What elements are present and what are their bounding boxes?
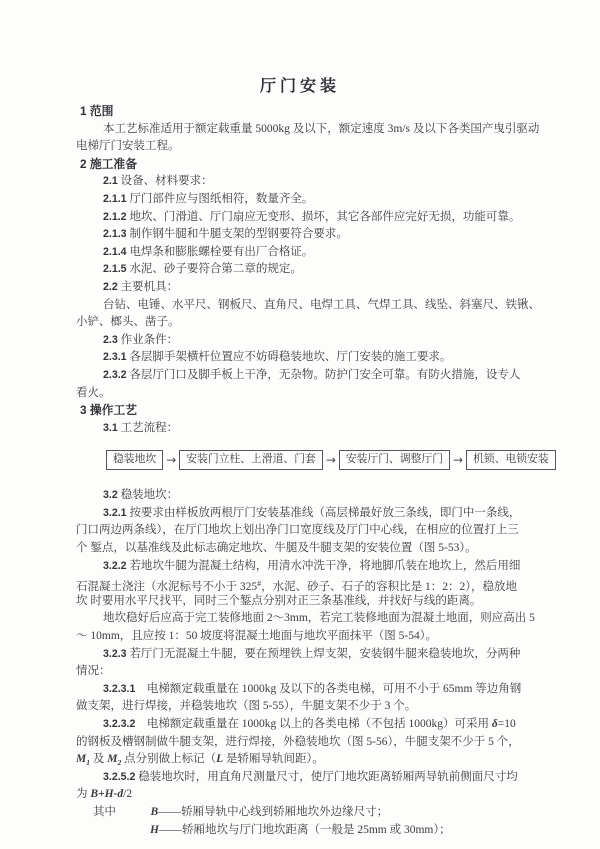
section-number: 3 操作工艺 (80, 403, 137, 417)
text-line: 情况： (76, 663, 528, 681)
section-number: 3.2.5.2 (103, 771, 135, 783)
text-segment: 若厅门无混凝土牛腿，要在预埋铁上焊支架，安装钢牛腿来稳装地坎，分两种 (127, 648, 521, 660)
flow-arrow-icon: → (453, 453, 463, 467)
document-title: 厅门安装 (0, 0, 600, 97)
text-line: ～ 10mm，且应按 1：50 坡度将混凝土地面与地坎平面抹平（图 5-54）。 (76, 628, 528, 646)
text-segment: 个 錾点，以基准线及此标志确定地坎、牛腿及牛腿支架的安装位置（图 5-53）。 (76, 542, 477, 554)
document-body: 1 范围本工艺标准适用于额定载重量 5000kg 及以下，额定速度 3m/s 及… (76, 103, 528, 839)
text-segment: 制作钢牛腿和牛腿支架的型钢要符合要求。 (127, 228, 348, 240)
document-page: 厅门安装 1 范围本工艺标准适用于额定载重量 5000kg 及以下，额定速度 3… (0, 0, 600, 849)
section-number: 3.2.1 (103, 507, 127, 519)
text-segment: 稳装地坎： (118, 489, 178, 501)
section-number: 2.3 (103, 334, 118, 346)
process-flowchart: 稳装地坎→安装门立柱、上滑道、门套→安装厅门、调整厅门→机锁、电锁安装 (106, 449, 528, 471)
text-segment: 各层脚手架横杆位置应不妨碍稳装地坎、厅门安装的施工要求。 (127, 351, 452, 363)
text-line: 2.1.4 电焊条和膨胀螺栓要有出厂合格证。 (103, 244, 528, 262)
text-line: H——轿厢地坎与厅门地坎距离（一般是 25mm 或 30mm）； (150, 822, 528, 840)
text-line: 2.1.2 地坎、门滑道、厅门扇应无变形、损坏，其它各部件应完好无损，功能可靠。 (103, 209, 528, 227)
text-line: 本工艺标准适用于额定载重量 5000kg 及以下，额定速度 3m/s 及以下各类… (103, 121, 528, 139)
text-segment: 电梯厅门安装工程。 (76, 140, 180, 152)
text-segment: 地坎、门滑道、厅门扇应无变形、损坏，其它各部件应完好无损，功能可靠。 (127, 211, 521, 223)
text-segment: 台钻、电锤、水平尺、钢板尺、直角尺、电焊工具、气焊工具、线坠、斜塞尺、铁锹、 (103, 299, 540, 311)
text-line: 的钢板及槽钢制做牛腿支架，进行焊接，外稳装地坎（图 5-56），牛腿支架不少于 … (76, 734, 528, 752)
text-line: 石混凝土浇注（水泥标号不小于 325#，水泥、砂子、石子的容积比是 1：2：2）… (76, 575, 528, 593)
text-segment: 看火。 (76, 387, 111, 399)
text-line: 3.2.3.1 电梯额定载重量在 1000kg 及以下的各类电梯，可用不小于 6… (103, 681, 528, 699)
text-line: 3.2.2 若地坎牛腿为混凝土结构，用清水冲洗干净，将地脚爪装在地坎上，然后用细 (103, 558, 528, 576)
text-segment: 其中 (93, 806, 151, 818)
text-line: 3.2.5.2 稳装地坎时，用直角尺测量尺寸，使厅门地坎距离轿厢两导轨前侧面尺寸… (103, 769, 528, 787)
text-segment: 地坎稳好后应高于完工装修地面 2～3mm，若完工装修地面为混凝土地面，则应高出 … (103, 612, 535, 624)
section-number: 2.1.1 (103, 193, 127, 205)
text-line: 3 操作工艺 (80, 402, 528, 420)
text-segment: 及 (90, 753, 107, 765)
text-line: M1 及 M2 点分别做上标记（L 是轿厢导轨间距）。 (76, 751, 528, 769)
section-number: 3.2.3 (103, 648, 127, 660)
section-number: 2.1.2 (103, 211, 127, 223)
text-line: 2.3.1 各层脚手架横杆位置应不妨碍稳装地坎、厅门安装的施工要求。 (103, 349, 528, 367)
text-line: 2.1.1 厅门部件应与图纸相符，数量齐全。 (103, 191, 528, 209)
text-segment: 工艺流程： (118, 422, 178, 434)
text-segment: 做支架，进行焊接，并稳装地坎（图 5-55），牛腿支架不少于 3 个。 (76, 700, 416, 712)
text-segment: 主要机具： (118, 281, 178, 293)
text-segment: 小铲、榔头、凿子。 (76, 316, 180, 328)
section-number: 2.1.4 (103, 246, 127, 258)
text-segment: 为 (76, 788, 90, 800)
text-line: 3.2.3 若厅门无混凝土牛腿，要在预埋铁上焊支架，安装钢牛腿来稳装地坎，分两种 (103, 646, 528, 664)
text-line: 2.3 作业条件： (103, 332, 528, 350)
section-number: 2.1.3 (103, 228, 127, 240)
text-segment: ～ 10mm，且应按 1：50 坡度将混凝土地面与地坎平面抹平（图 5-54）。 (76, 630, 437, 642)
text-line: 地坎稳好后应高于完工装修地面 2～3mm，若完工装修地面为混凝土地面，则应高出 … (103, 610, 528, 628)
section-number: 2.3.1 (103, 351, 127, 363)
flow-arrow-icon: → (326, 453, 336, 467)
text-segment: 情况： (76, 665, 111, 677)
text-line: 电梯厅门安装工程。 (76, 138, 528, 156)
text-segment: /2 (123, 788, 132, 800)
text-segment: 厅门部件应与图纸相符，数量齐全。 (127, 193, 314, 205)
text-segment: 是轿厢导轨间距）。 (223, 753, 324, 765)
section-number: 3.2.3.1 (103, 683, 135, 695)
text-segment: 的钢板及槽钢制做牛腿支架，进行焊接，外稳装地坎（图 5-56），牛腿支架不少于 … (76, 736, 520, 748)
text-line: 其中 B——轿厢导轨中心线到轿厢地坎外边缘尺寸； (93, 804, 528, 822)
text-segment: 作业条件： (118, 334, 178, 346)
section-number: 2.3.2 (103, 369, 127, 381)
section-number: 2.1 (103, 175, 118, 187)
flow-arrow-icon: → (166, 453, 176, 467)
text-segment: 本工艺标准适用于额定载重量 5000kg 及以下，额定速度 3m/s 及以下各类… (103, 123, 539, 135)
text-segment: 水泥、砂子要符合第二章的规定。 (127, 263, 302, 275)
section-number: 2.1.5 (103, 263, 127, 275)
text-segment: ——轿厢地坎与厅门地坎距离（一般是 25mm 或 30mm）； (159, 824, 451, 836)
text-segment: 电梯额定载重量在 1000kg 及以下的各类电梯，可用不小于 65mm 等边角钢 (135, 683, 521, 695)
text-line: 台钻、电锤、水平尺、钢板尺、直角尺、电焊工具、气焊工具、线坠、斜塞尺、铁锹、 (103, 297, 528, 315)
text-line: 坎 时要用水平尺找平，同时三个錾点分别对正三条基准线，并找好与线的距离。 (76, 593, 528, 611)
text-segment: ——轿厢导轨中心线到轿厢地坎外边缘尺寸； (158, 806, 388, 818)
flow-step: 安装厅门、调整厅门 (339, 450, 450, 470)
text-segment: =10 (498, 718, 516, 730)
section-number: 3.2 (103, 489, 118, 501)
section-number: 3.2.2 (103, 560, 127, 572)
text-segment: 设备、材料要求： (118, 175, 213, 187)
text-line: 个 錾点，以基准线及此标志确定地坎、牛腿及牛腿支架的安装位置（图 5-53）。 (76, 540, 528, 558)
text-segment: 坎 时要用水平尺找平，同时三个錾点分别对正三条基准线，并找好与线的距离。 (76, 595, 481, 607)
text-line: 2.2 主要机具： (103, 279, 528, 297)
text-segment: ，水泥、砂子、石子的容积比是 1：2：2），稳放地 (261, 581, 517, 593)
text-segment: 稳装地坎时，用直角尺测量尺寸，使厅门地坎距离轿厢两导轨前侧面尺寸均 (135, 771, 517, 783)
text-line: 2.1 设备、材料要求： (103, 173, 528, 191)
text-segment: 石混凝土浇注（水泥标号不小于 325 (76, 581, 257, 593)
text-line: 门口两边两条线），在厅门地坎上划出净门口宽度线及厅门中心线，在相应的位置打上三 (76, 522, 528, 540)
flow-step: 安装门立柱、上滑道、门套 (179, 450, 323, 470)
text-line: 3.2.1 按要求由样板放两根厅门安装基准线（高层梯最好放三条线，即门中一条线， (103, 505, 528, 523)
text-line: 小铲、榔头、凿子。 (76, 314, 528, 332)
text-segment: 门口两边两条线），在厅门地坎上划出净门口宽度线及厅门中心线，在相应的位置打上三 (76, 524, 519, 536)
section-number: 3.2.3.2 (103, 718, 135, 730)
text-line: 3.2.3.2 电梯额定载重量在 1000kg 以上的各类电梯（不包括 1000… (103, 716, 528, 734)
text-segment: 电焊条和膨胀螺栓要有出厂合格证。 (127, 246, 314, 258)
text-segment: M (76, 753, 86, 765)
text-segment: M (107, 753, 117, 765)
section-number: 2 施工准备 (80, 157, 137, 171)
section-number: 3.1 (103, 422, 118, 434)
flow-step: 稳装地坎 (106, 450, 163, 470)
text-line: 看火。 (76, 385, 528, 403)
text-line: 1 范围 (80, 103, 528, 121)
flow-step: 机锁、电锁安装 (466, 450, 556, 470)
text-line: 3.2 稳装地坎： (103, 487, 528, 505)
text-segment: H (150, 824, 159, 836)
text-segment: 各层厅门口及脚手板上干净，无杂物。防护门安全可靠。有防火措施，设专人 (127, 369, 521, 381)
text-line: 2.3.2 各层厅门口及脚手板上干净，无杂物。防护门安全可靠。有防火措施，设专人 (103, 367, 528, 385)
section-number: 1 范围 (80, 104, 113, 118)
text-segment: 电梯额定载重量在 1000kg 以上的各类电梯（不包括 1000kg）可采用 (135, 718, 492, 730)
text-line: 2.1.3 制作钢牛腿和牛腿支架的型钢要符合要求。 (103, 226, 528, 244)
text-line: 做支架，进行焊接，并稳装地坎（图 5-55），牛腿支架不少于 3 个。 (76, 698, 528, 716)
text-segment: 若地坎牛腿为混凝土结构，用清水冲洗干净，将地脚爪装在地坎上，然后用细 (127, 560, 521, 572)
text-line: 2 施工准备 (80, 156, 528, 174)
text-line: 3.1 工艺流程： (103, 420, 528, 438)
text-segment: 点分别做上标记（ (121, 753, 216, 765)
section-number: 2.2 (103, 281, 118, 293)
text-line: 为 B+H-d/2 (76, 786, 528, 804)
text-line: 2.1.5 水泥、砂子要符合第二章的规定。 (103, 261, 528, 279)
text-segment: B+H-d (90, 788, 123, 800)
text-segment: 按要求由样板放两根厅门安装基准线（高层梯最好放三条线，即门中一条线， (127, 507, 521, 519)
